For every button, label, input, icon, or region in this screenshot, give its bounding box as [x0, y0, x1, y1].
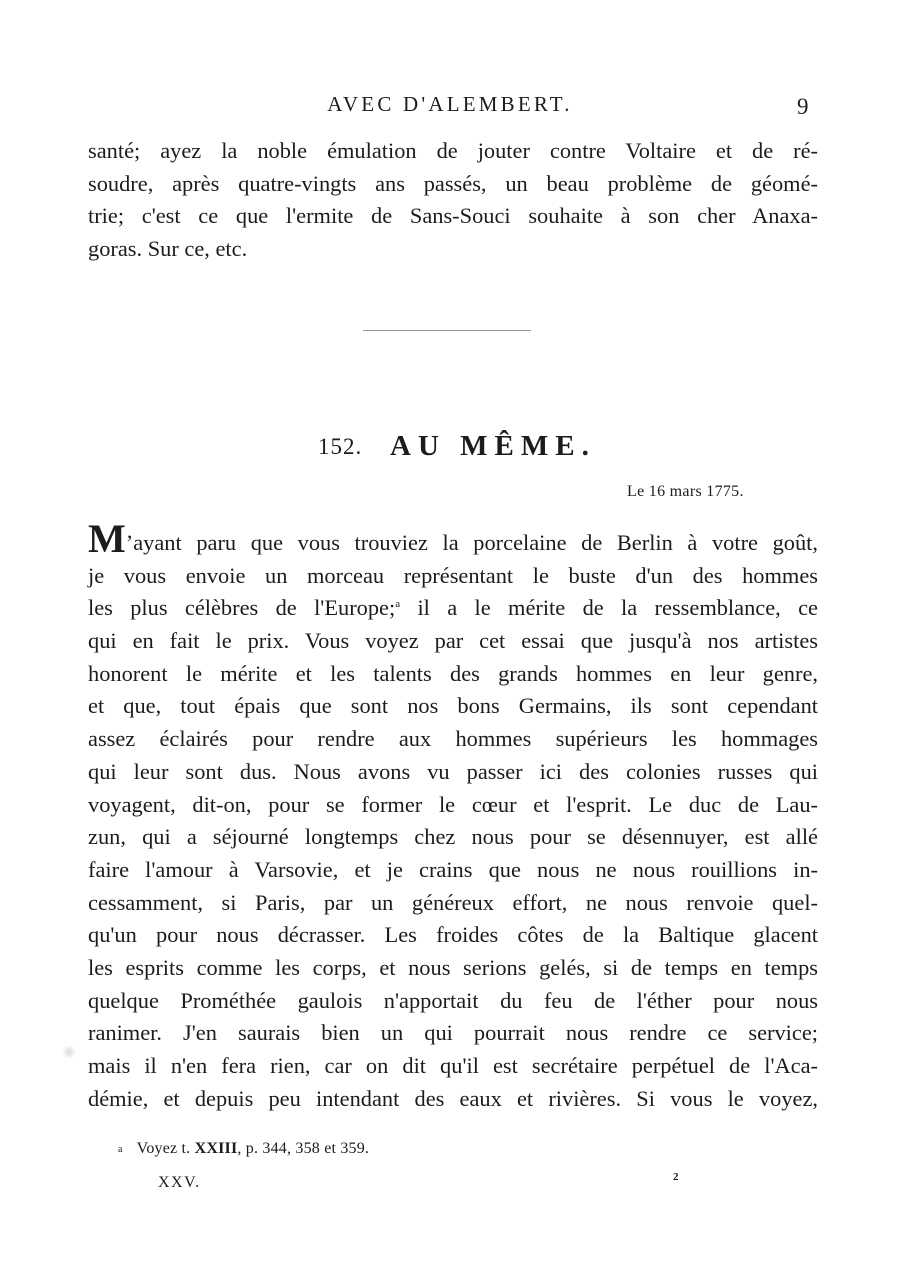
text-line: faire l'amour à Varsovie, et je crains q… [88, 854, 818, 887]
section-divider [363, 330, 531, 331]
line-text: il a le mérite de la ressemblance, ce [400, 595, 818, 620]
text-line: quelque Prométhée gaulois n'apportait du… [88, 985, 818, 1018]
signature-volume-mark: XXV. [158, 1174, 201, 1192]
text-line: honorent le mérite et les talents des gr… [88, 658, 818, 691]
text-line: les esprits comme les corps, et nous ser… [88, 952, 818, 985]
text-line: mais il n'en fera rien, car on dit qu'il… [88, 1050, 818, 1083]
text-line: je vous envoie un morceau représentant l… [88, 560, 818, 593]
text-line: qui en fait le prix. Vous voyez par cet … [88, 625, 818, 658]
footnote: aVoyez t. XXIII, p. 344, 358 et 359. [118, 1140, 369, 1158]
text-line: qui leur sont dus. Nous avons vu passer … [88, 756, 818, 789]
text-line: assez éclairés pour rendre aux hommes su… [88, 723, 818, 756]
text-line: démie, et depuis peu intendant des eaux … [88, 1083, 818, 1116]
previous-letter-ending: santé; ayez la noble émulation de jouter… [88, 135, 818, 266]
footnote-text: Voyez t. [137, 1140, 195, 1157]
letter-number: 152. [318, 434, 362, 460]
text-line: voyagent, dit-on, pour se former le cœur… [88, 789, 818, 822]
text-line: M’ayant paru que vous trouviez la porcel… [88, 527, 818, 560]
page-number: 9 [797, 94, 809, 120]
footnote-volume: XXIII [195, 1140, 238, 1157]
drop-cap: M [88, 516, 126, 561]
signature-gathering-number: 2 [673, 1171, 679, 1183]
text-line: soudre, après quatre-vingts ans passés, … [88, 168, 818, 201]
footnote-marker: a [118, 1144, 123, 1155]
line-text: les plus célèbres de l'Europe; [88, 595, 395, 620]
running-title: AVEC D'ALEMBERT. [300, 92, 600, 117]
paper-smudge [62, 1045, 76, 1059]
letter-body: M’ayant paru que vous trouviez la porcel… [88, 527, 818, 1115]
text-line: et que, tout épais que sont nos bons Ger… [88, 690, 818, 723]
text-line: ranimer. J'en saurais bien un qui pourra… [88, 1017, 818, 1050]
text-line: santé; ayez la noble émulation de jouter… [88, 135, 818, 168]
letter-title: AU MÊME. [390, 430, 596, 463]
running-head: AVEC D'ALEMBERT. 9 [0, 88, 900, 118]
text-line: qu'un pour nous décrasser. Les froides c… [88, 919, 818, 952]
text-line: goras. Sur ce, etc. [88, 233, 818, 266]
letter-date: Le 16 mars 1775. [627, 483, 744, 501]
footnote-text: , p. 344, 358 et 359. [237, 1140, 369, 1157]
text-line: zun, qui a séjourné longtemps chez nous … [88, 821, 818, 854]
text-line: cessamment, si Paris, par un généreux ef… [88, 887, 818, 920]
book-page: AVEC D'ALEMBERT. 9 santé; ayez la noble … [0, 0, 900, 1264]
line-text: ’ayant paru que vous trouviez la porcela… [126, 530, 818, 555]
text-line: trie; c'est ce que l'ermite de Sans-Souc… [88, 200, 818, 233]
text-line: les plus célèbres de l'Europe;a il a le … [88, 592, 818, 625]
